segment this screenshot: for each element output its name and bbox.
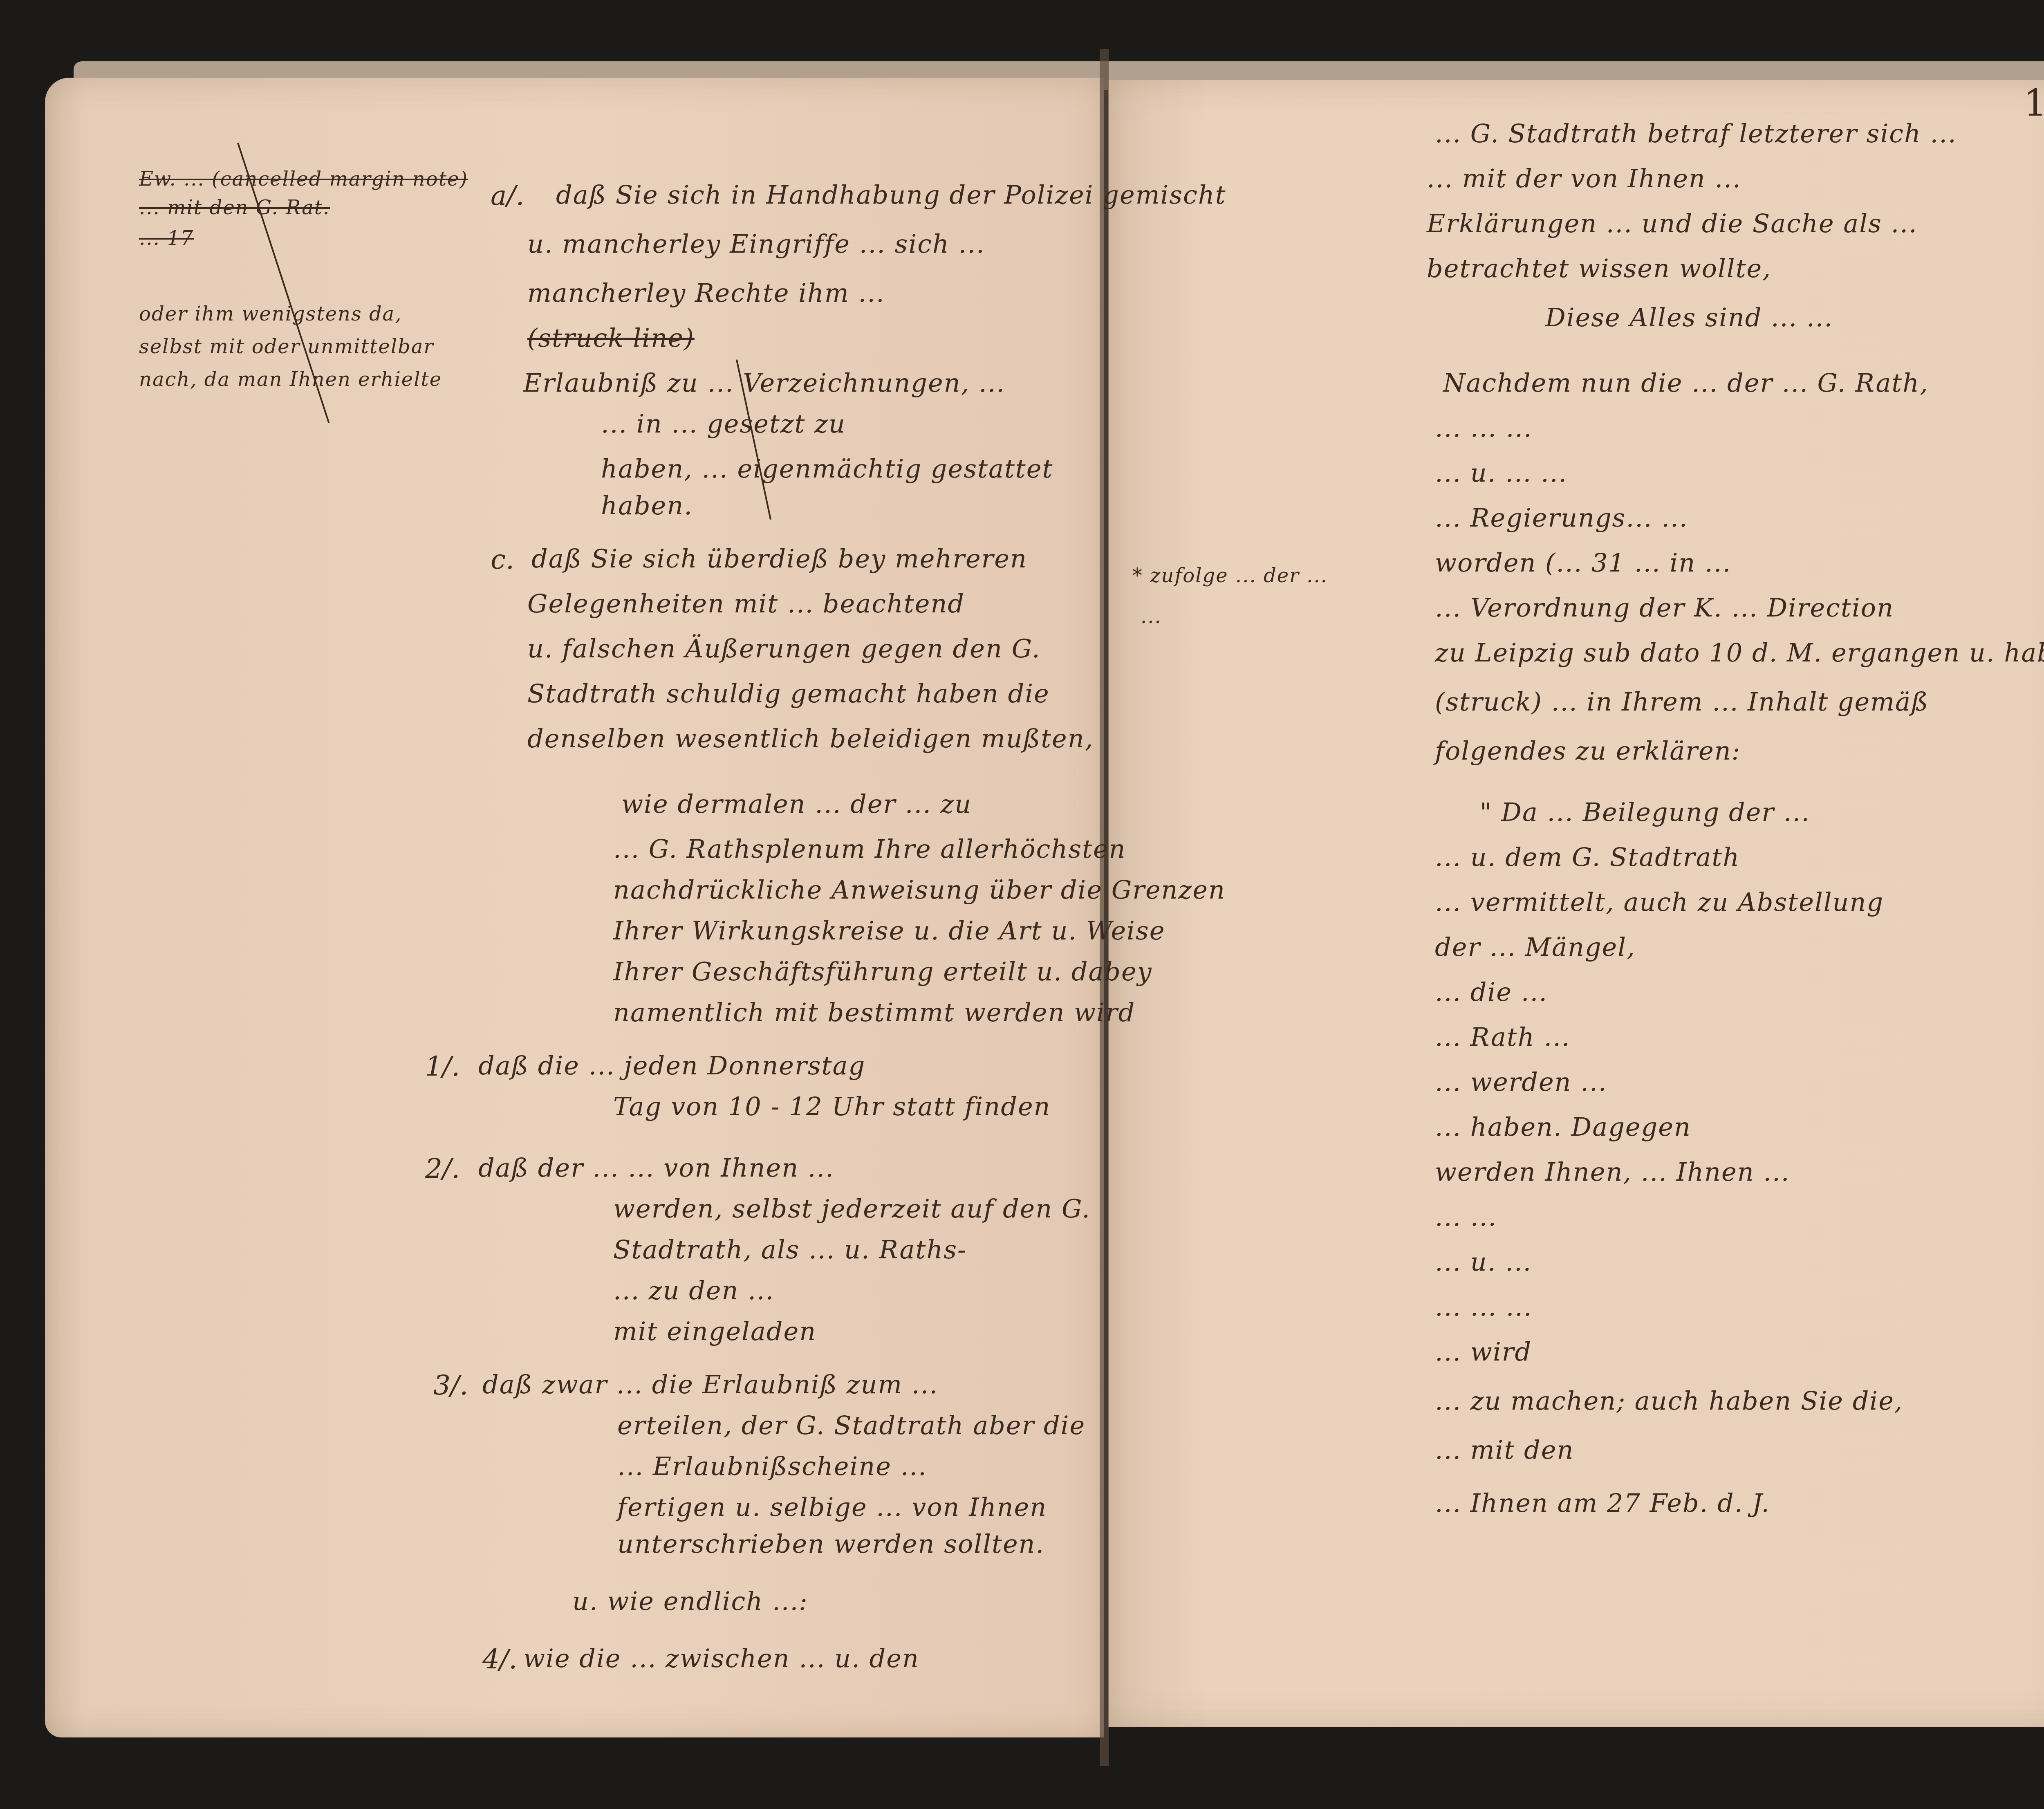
sub-heading: u. wie endlich ...: (572, 1586, 808, 1616)
book-gutter (1100, 49, 1109, 1766)
page-number: 13. (2024, 82, 2044, 125)
